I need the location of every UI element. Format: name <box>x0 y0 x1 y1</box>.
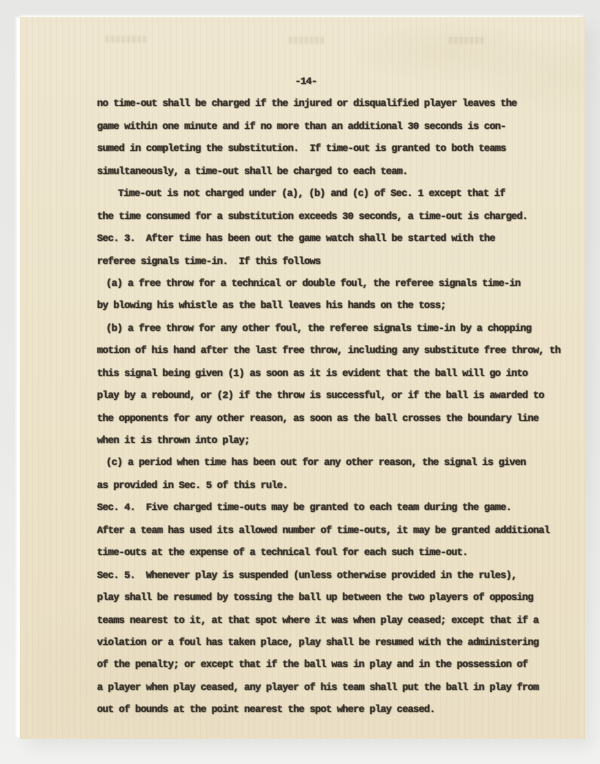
text-line: this signal being given (1) as soon as i… <box>97 364 577 386</box>
bleed-through-mark: IIIIIII <box>448 37 485 46</box>
text-line: time-outs at the expense of a technical … <box>97 543 577 565</box>
text-line: the opponents for any other reason, as s… <box>97 409 577 431</box>
text-line: by blowing his whistle as the ball leave… <box>97 296 577 318</box>
text-line: motion of his hand after the last free t… <box>97 341 577 363</box>
text-line: a player when play ceased, any player of… <box>97 678 577 700</box>
bleed-through-mark: IIIIIIII <box>105 36 147 45</box>
text-line: out of bounds at the point nearest the s… <box>97 700 577 722</box>
bleed-through-artifacts: IIIIIIIIIIIIIIIIIIIIII <box>20 17 585 77</box>
text-line: (a) a free throw for a technical or doub… <box>97 274 577 296</box>
text-line: play by a rebound, or (2) if the throw i… <box>97 386 577 408</box>
document-body: no time-out shall be charged if the inju… <box>97 94 577 722</box>
text-line: violation or a foul has taken place, pla… <box>97 633 577 655</box>
text-line: teams nearest to it, at that spot where … <box>97 611 577 633</box>
text-line: After a team has used its allowed number… <box>97 521 577 543</box>
text-line: no time-out shall be charged if the inju… <box>97 94 577 116</box>
text-line: sumed in completing the substitution. If… <box>97 139 577 161</box>
bleed-through-mark: IIIIIII <box>288 37 325 46</box>
text-line: Sec. 5. Whenever play is suspended (unle… <box>97 566 577 588</box>
text-line: Sec. 4. Five charged time-outs may be gr… <box>97 498 577 520</box>
text-line: Sec. 3. After time has been out the game… <box>97 229 577 251</box>
text-line: Time-out is not charged under (a), (b) a… <box>97 184 577 206</box>
text-line: referee signals time-in. If this follows <box>97 252 577 274</box>
text-line: play shall be resumed by tossing the bal… <box>97 588 577 610</box>
text-line: as provided in Sec. 5 of this rule. <box>97 476 577 498</box>
text-line: when it is thrown into play; <box>97 431 577 453</box>
text-line: of the penalty; or except that if the ba… <box>97 655 577 677</box>
scanner-background: IIIIIIIIIIIIIIIIIIIIII -14- no time-out … <box>0 0 600 764</box>
text-line: (b) a free throw for any other foul, the… <box>97 319 577 341</box>
text-line: simultaneously, a time-out shall be char… <box>97 162 577 184</box>
text-line: game within one minute and if no more th… <box>97 117 577 139</box>
document-page: IIIIIIIIIIIIIIIIIIIIII -14- no time-out … <box>20 17 585 739</box>
text-line: the time consumed for a substitution exc… <box>97 207 577 229</box>
text-line: (c) a period when time has been out for … <box>97 453 577 475</box>
